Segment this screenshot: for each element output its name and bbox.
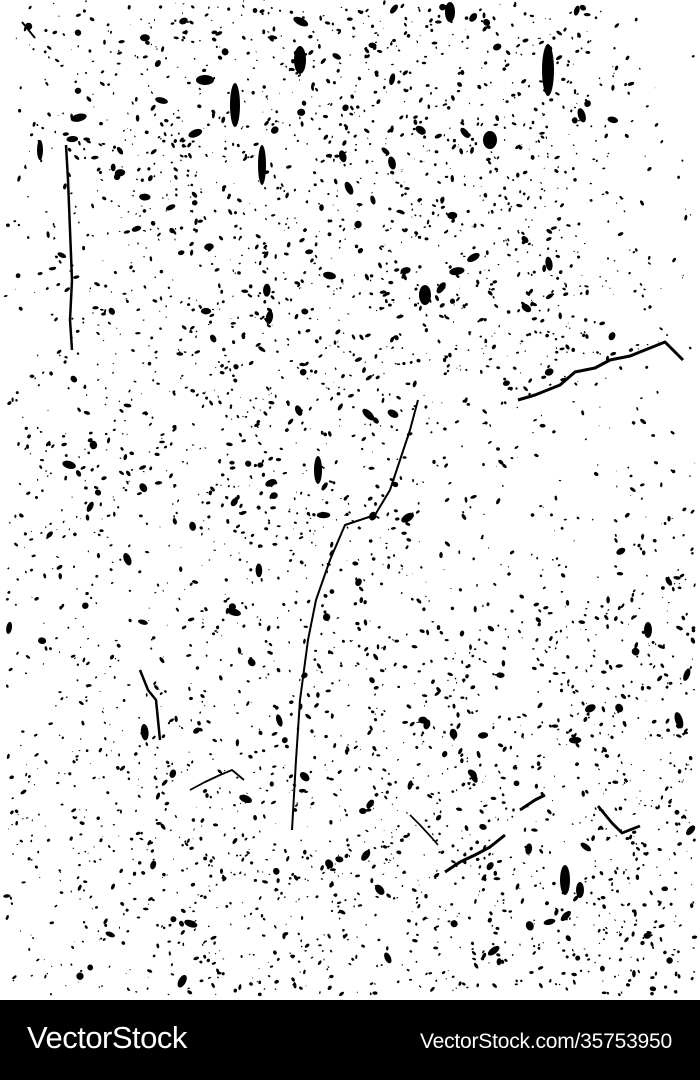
texture-canvas <box>0 0 700 1000</box>
watermark-brand: VectorStock <box>27 1020 187 1056</box>
watermark-bar: VectorStock VectorStock.com/35753950 <box>0 1000 700 1080</box>
grunge-texture <box>0 0 700 1000</box>
watermark-url: VectorStock.com/35753950 <box>420 1030 672 1054</box>
